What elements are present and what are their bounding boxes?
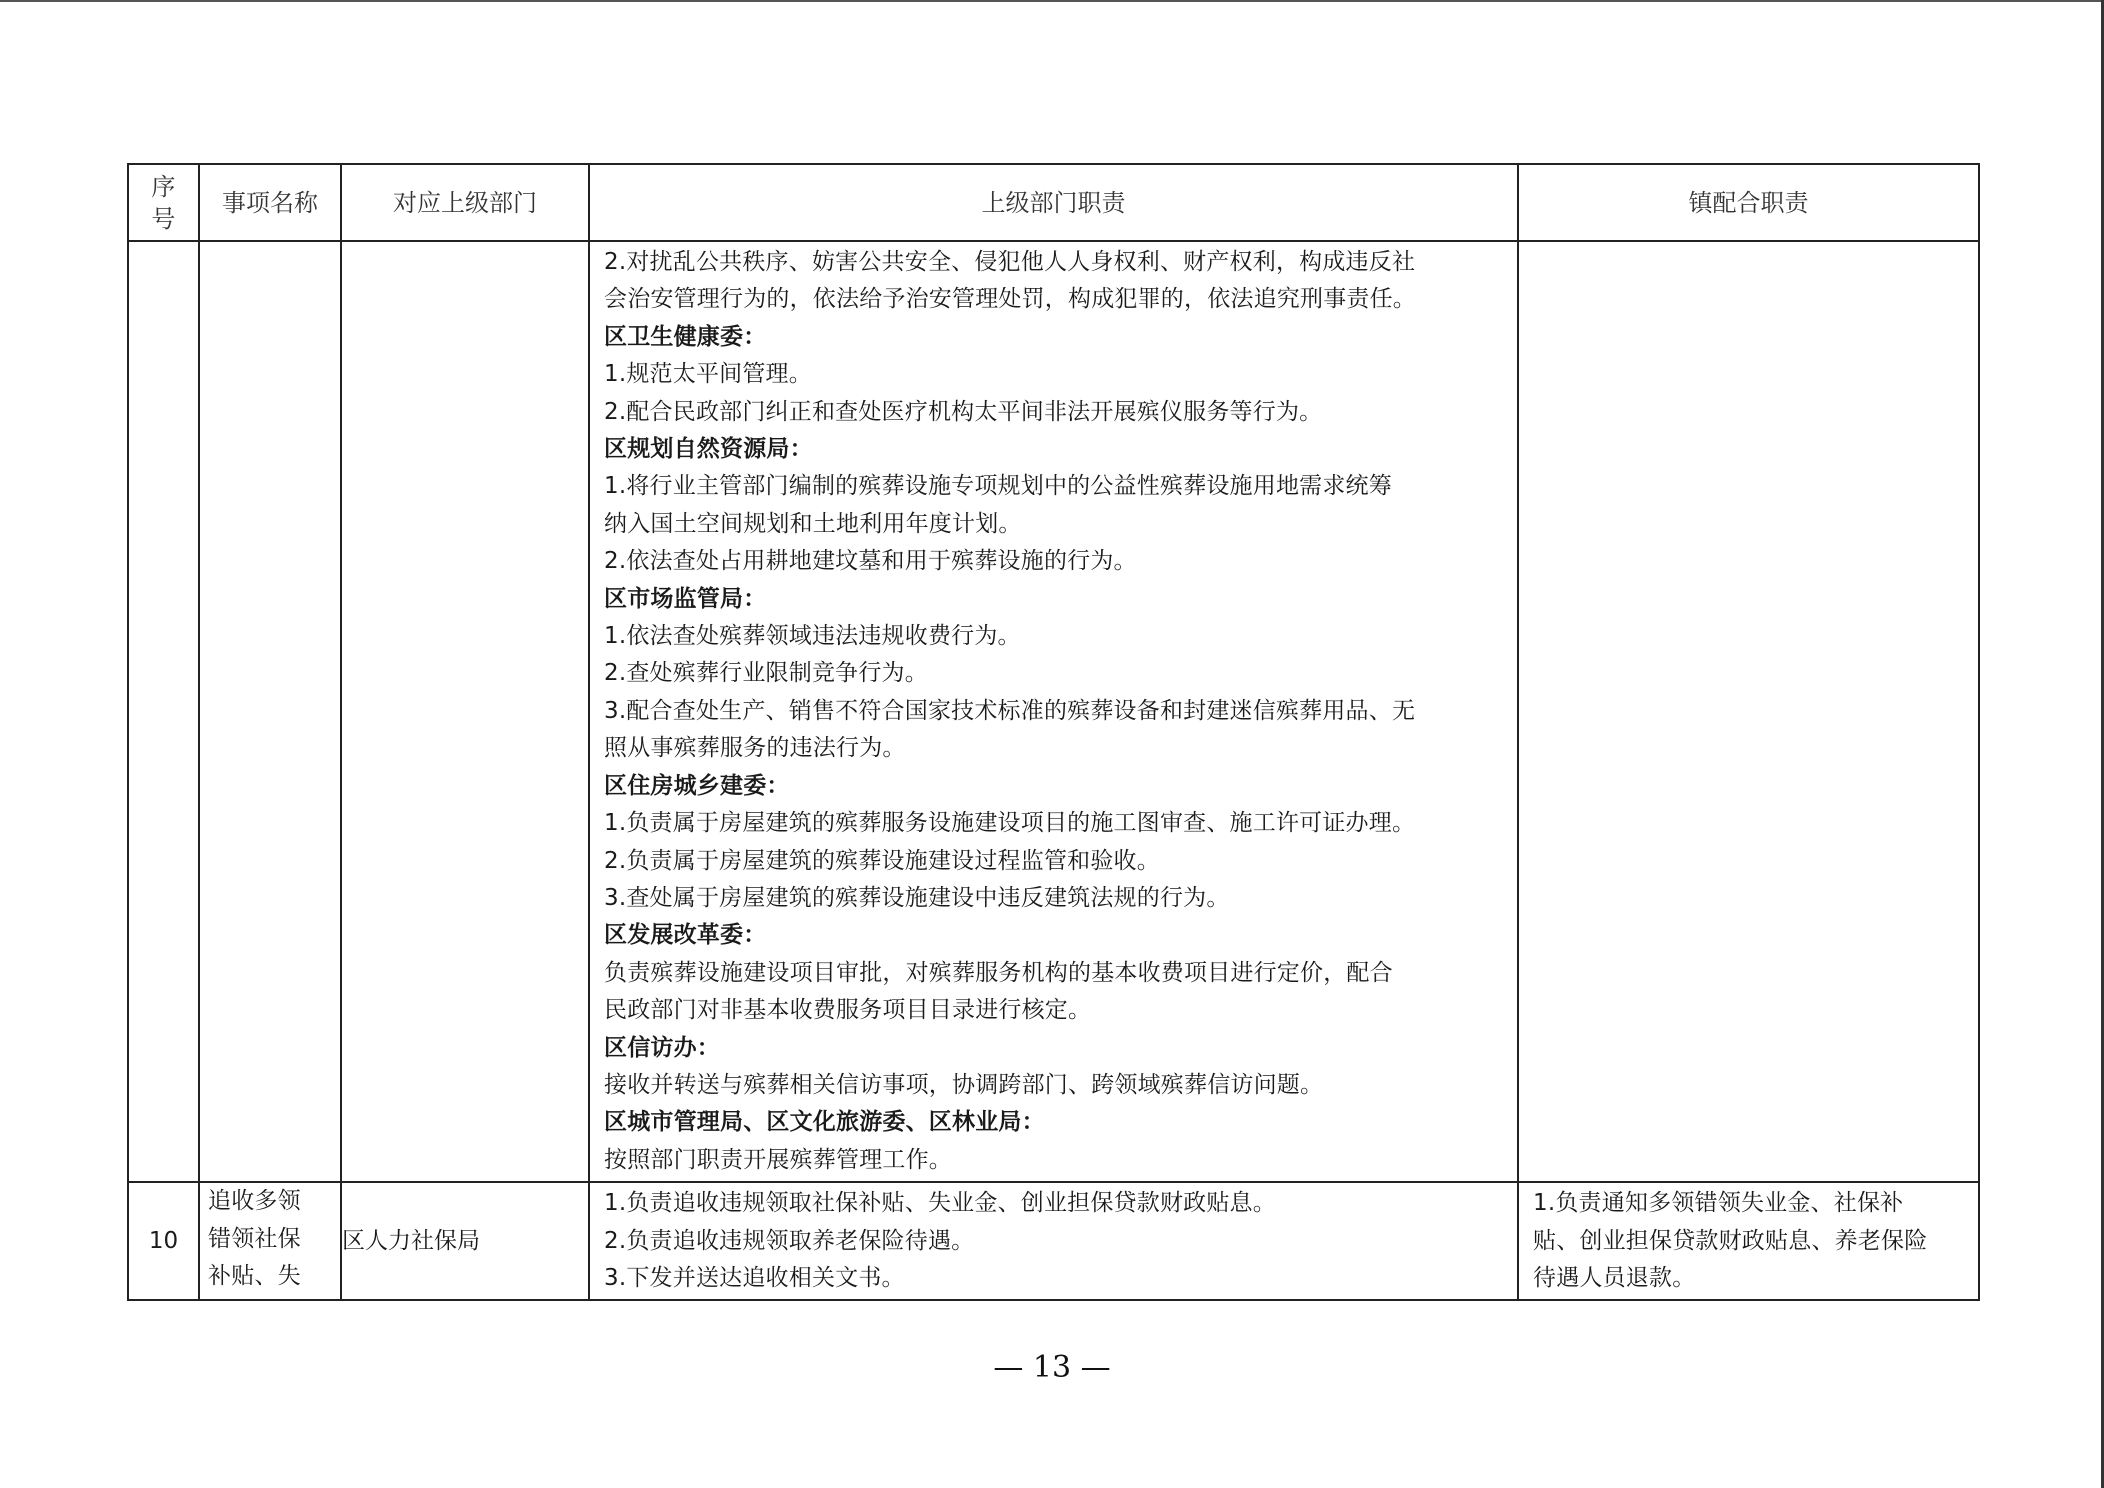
header-superior-department: 对应上级部门 (341, 164, 589, 241)
cell-seq (128, 241, 199, 1182)
town-duty-line: 待遇人员退款。 (1533, 1260, 1966, 1297)
duty-line: 1.负责追收违规领取社保补贴、失业金、创业担保贷款财政贴息。 (604, 1185, 1505, 1222)
cell-superior-duties: 2.对扰乱公共秩序、妨害公共安全、侵犯他人人身权利、财产权利，构成违反社会治安管… (589, 241, 1518, 1182)
cell-department: 区人力社保局 (341, 1182, 589, 1300)
table-row: 2.对扰乱公共秩序、妨害公共安全、侵犯他人人身权利、财产权利，构成违反社会治安管… (128, 241, 1979, 1182)
department-heading: 区市场监管局： (604, 581, 1505, 618)
table-row: 10 追收多领 错领社保 补贴、失 区人力社保局 1.负责追收违规领取社保补贴、… (128, 1182, 1979, 1300)
duty-line: 2.负责追收违规领取养老保险待遇。 (604, 1223, 1505, 1260)
duty-line: 3.配合查处生产、销售不符合国家技术标准的殡葬设备和封建迷信殡葬用品、无 (604, 693, 1505, 730)
item-name-text: 追收多领 错领社保 补贴、失 (200, 1183, 340, 1295)
cell-town-duties (1518, 241, 1979, 1182)
table-header-row: 序 号 事项名称 对应上级部门 上级部门职责 镇配合职责 (128, 164, 1979, 241)
duty-line: 民政部门对非基本收费服务项目目录进行核定。 (604, 992, 1505, 1029)
department-heading: 区规划自然资源局： (604, 431, 1505, 468)
header-item-name: 事项名称 (199, 164, 341, 241)
cell-item-name: 追收多领 错领社保 补贴、失 (199, 1182, 341, 1300)
duty-line: 1.依法查处殡葬领域违法违规收费行为。 (604, 618, 1505, 655)
department-heading: 区住房城乡建委： (604, 768, 1505, 805)
duty-line: 1.将行业主管部门编制的殡葬设施专项规划中的公益性殡葬设施用地需求统筹 (604, 468, 1505, 505)
header-seq: 序 号 (128, 164, 199, 241)
duty-line: 2.配合民政部门纠正和查处医疗机构太平间非法开展殡仪服务等行为。 (604, 394, 1505, 431)
town-duty-line: 贴、创业担保贷款财政贴息、养老保险 (1533, 1223, 1966, 1260)
department-heading: 区城市管理局、区文化旅游委、区林业局： (604, 1104, 1505, 1141)
header-seq-line1: 序 (129, 171, 198, 203)
header-seq-line2: 号 (129, 203, 198, 235)
duty-line: 按照部门职责开展殡葬管理工作。 (604, 1142, 1505, 1179)
page-number: — 13 — (0, 1350, 2104, 1385)
cell-seq: 10 (128, 1182, 199, 1300)
town-duty-line: 1.负责通知多领错领失业金、社保补 (1533, 1185, 1966, 1222)
duty-table: 序 号 事项名称 对应上级部门 上级部门职责 镇配合职责 2.对扰乱公共秩序、妨… (127, 163, 1980, 1301)
town-duties-text: 1.负责通知多领错领失业金、社保补 贴、创业担保贷款财政贴息、养老保险 待遇人员… (1519, 1183, 1978, 1299)
department-heading: 区卫生健康委： (604, 319, 1505, 356)
duty-line: 3.下发并送达追收相关文书。 (604, 1260, 1505, 1297)
header-superior-duties: 上级部门职责 (589, 164, 1518, 241)
page-top-border (0, 0, 2104, 2)
duty-line: 接收并转送与殡葬相关信访事项，协调跨部门、跨领域殡葬信访问题。 (604, 1067, 1505, 1104)
item-name-line: 补贴、失 (208, 1258, 332, 1295)
header-town-duties: 镇配合职责 (1518, 164, 1979, 241)
department-heading: 区发展改革委： (604, 917, 1505, 954)
department-heading: 区信访办： (604, 1030, 1505, 1067)
duty-line: 2.依法查处占用耕地建坟墓和用于殡葬设施的行为。 (604, 543, 1505, 580)
item-name-line: 追收多领 (208, 1183, 332, 1220)
cell-town-duties: 1.负责通知多领错领失业金、社保补 贴、创业担保贷款财政贴息、养老保险 待遇人员… (1518, 1182, 1979, 1300)
duty-line: 1.规范太平间管理。 (604, 356, 1505, 393)
duty-line: 2.查处殡葬行业限制竞争行为。 (604, 655, 1505, 692)
cell-item-name (199, 241, 341, 1182)
duty-line: 2.负责属于房屋建筑的殡葬设施建设过程监管和验收。 (604, 843, 1505, 880)
duty-line: 照从事殡葬服务的违法行为。 (604, 730, 1505, 767)
duty-line: 2.对扰乱公共秩序、妨害公共安全、侵犯他人人身权利、财产权利，构成违反社 (604, 244, 1505, 281)
cell-superior-duties: 1.负责追收违规领取社保补贴、失业金、创业担保贷款财政贴息。2.负责追收违规领取… (589, 1182, 1518, 1300)
duty-line: 负责殡葬设施建设项目审批，对殡葬服务机构的基本收费项目进行定价，配合 (604, 955, 1505, 992)
cell-department (341, 241, 589, 1182)
duties-list: 2.对扰乱公共秩序、妨害公共安全、侵犯他人人身权利、财产权利，构成违反社会治安管… (590, 242, 1517, 1181)
duty-line: 会治安管理行为的，依法给予治安管理处罚，构成犯罪的，依法追究刑事责任。 (604, 281, 1505, 318)
duty-line: 3.查处属于房屋建筑的殡葬设施建设中违反建筑法规的行为。 (604, 880, 1505, 917)
duties-list: 1.负责追收违规领取社保补贴、失业金、创业担保贷款财政贴息。2.负责追收违规领取… (590, 1183, 1517, 1299)
duty-line: 1.负责属于房屋建筑的殡葬服务设施建设项目的施工图审查、施工许可证办理。 (604, 805, 1505, 842)
duty-line: 纳入国土空间规划和土地利用年度计划。 (604, 506, 1505, 543)
item-name-line: 错领社保 (208, 1221, 332, 1258)
